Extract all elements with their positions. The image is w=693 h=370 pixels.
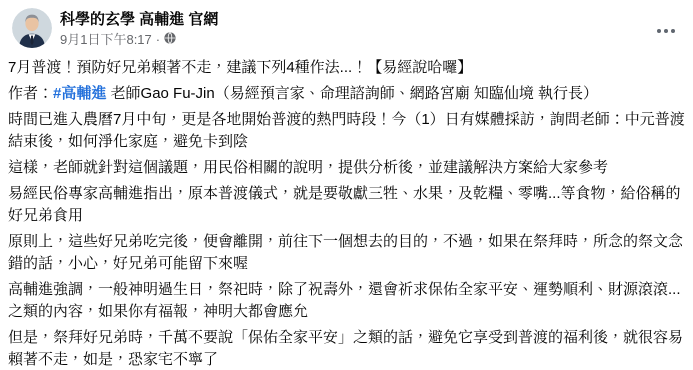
dot-separator: · (156, 31, 160, 48)
ellipsis-icon (671, 29, 675, 33)
post-paragraph: 易經民俗專家高輔進指出，原本普渡儀式，就是要敬獻三牲、水果，及乾糧、零嘴...等… (8, 183, 685, 227)
post-title-line: 7月普渡！預防好兄弟賴著不走，建議下列4種作法...！【易經說哈囉】 (8, 57, 685, 79)
post-meta: 9月1日下午8:17 · (60, 31, 218, 48)
ellipsis-icon (657, 29, 661, 33)
globe-icon (164, 31, 176, 48)
profile-photo-icon (12, 8, 52, 48)
page-name-link[interactable]: 科學的玄學 高輔進 官網 (60, 10, 218, 30)
avatar[interactable] (12, 8, 52, 48)
post-paragraph: 原則上，這些好兄弟吃完後，便會離開，前往下一個想去的目的，不過，如果在祭拜時，所… (8, 231, 685, 275)
ellipsis-icon (664, 29, 668, 33)
timestamp-link[interactable]: 9月1日下午8:17 (60, 31, 152, 48)
post-paragraph: 高輔進強調，一般神明過生日，祭祀時，除了祝壽外，還會祈求保佑全家平安、運勢順利、… (8, 279, 685, 323)
facebook-post: 科學的玄學 高輔進 官網 9月1日下午8:17 · 7月普渡！預防好兄弟賴著不走… (0, 0, 693, 370)
post-paragraph: 但是，祭拜好兄弟時，千萬不要說「保佑全家平安」之類的話，避免它享受到普渡的福利後… (8, 327, 685, 370)
post-header: 科學的玄學 高輔進 官網 9月1日下午8:17 · (0, 0, 693, 48)
hashtag-link[interactable]: #高輔進 (53, 85, 106, 102)
post-paragraph: 時間已進入農曆7月中旬，更是各地開始普渡的熱門時段！今（1）日有媒體採訪，詢問老… (8, 109, 685, 153)
post-author-line: 作者：#高輔進 老師Gao Fu-Jin（易經預言家、命理諮詢師、網路宮廟 知臨… (8, 83, 685, 105)
post-body: 7月普渡！預防好兄弟賴著不走，建議下列4種作法...！【易經說哈囉】 作者：#高… (0, 48, 693, 370)
post-paragraph: 這樣，老師就針對這個議題，用民俗相關的說明，提供分析後，並建議解決方案給大家參考 (8, 157, 685, 179)
author-prefix: 作者： (8, 85, 53, 102)
author-suffix: 老師Gao Fu-Jin（易經預言家、命理諮詢師、網路宮廟 知臨仙境 執行長） (106, 85, 598, 102)
more-options-button[interactable] (649, 16, 683, 46)
header-text: 科學的玄學 高輔進 官網 9月1日下午8:17 · (60, 8, 218, 48)
